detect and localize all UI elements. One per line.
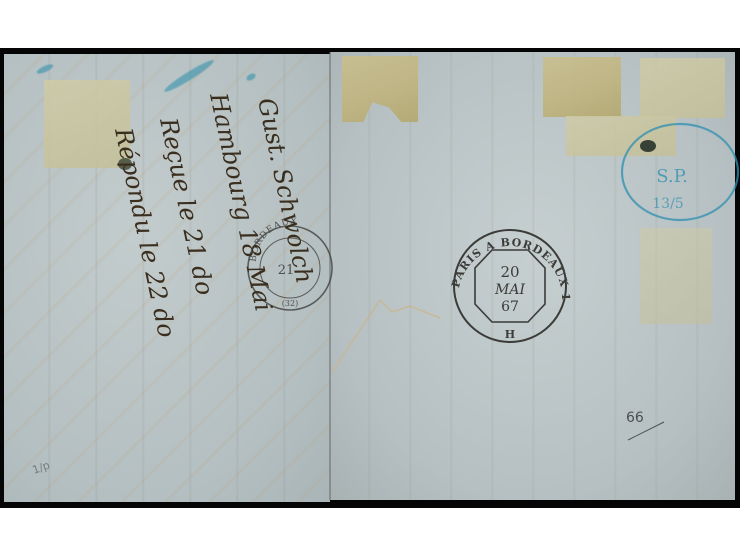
fold-line <box>329 52 331 500</box>
hinge-remnant-top-right <box>543 57 621 117</box>
hinge-remnant-middle-right <box>566 116 676 156</box>
hinge-remnant-far-right <box>640 58 725 118</box>
paper-stain-right <box>640 228 712 324</box>
hinge-remnant-left <box>44 80 130 168</box>
